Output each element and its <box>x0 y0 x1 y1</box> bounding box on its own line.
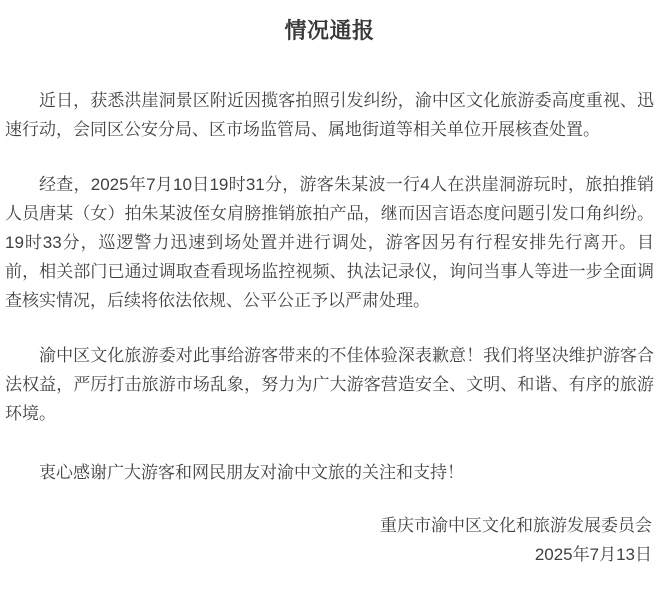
notice-paragraph-thanks: 衷心感谢广大游客和网民朋友对渝中文旅的关注和支持！ <box>5 458 654 487</box>
notice-paragraph-apology: 渝中区文化旅游委对此事给游客带来的不佳体验深表歉意！我们将坚决维护游客合法权益，… <box>5 341 654 428</box>
notice-paragraph-investigation: 经查，2025年7月10日19时31分，游客朱某波一行4人在洪崖洞游玩时，旅拍推… <box>5 170 654 315</box>
signature-block: 重庆市渝中区文化和旅游发展委员会 2025年7月13日 <box>5 511 654 569</box>
notice-document: 情况通报 近日，获悉洪崖洞景区附近因揽客拍照引发纠纷，渝中区文化旅游委高度重视、… <box>0 0 659 569</box>
notice-title: 情况通报 <box>5 16 654 46</box>
issue-date: 2025年7月13日 <box>5 540 652 569</box>
notice-paragraph-intro: 近日，获悉洪崖洞景区附近因揽客拍照引发纠纷，渝中区文化旅游委高度重视、迅速行动，… <box>5 86 654 144</box>
issuing-authority: 重庆市渝中区文化和旅游发展委员会 <box>5 511 652 540</box>
